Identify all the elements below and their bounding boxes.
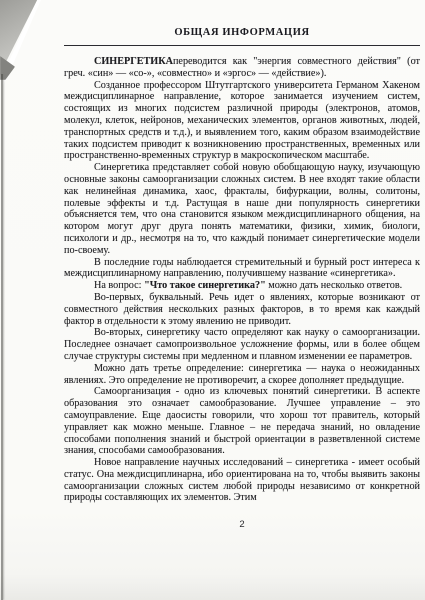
text-segment: Во-вторых, синергетику часто определяют … — [64, 327, 420, 362]
paragraph: Во-вторых, синергетику часто определяют … — [64, 327, 420, 362]
text-segment: Самоорганизация - одно из ключевых понят… — [64, 386, 420, 456]
paragraph: Синергетика представляет собой новую обо… — [64, 162, 420, 256]
paragraph: Самоорганизация - одно из ключевых понят… — [64, 386, 420, 457]
paragraph: СИНЕРГЕТИКАпереводится как "энергия совм… — [64, 56, 420, 80]
text-block: ОБЩАЯ ИНФОРМАЦИЯ СИНЕРГЕТИКАпереводится … — [64, 27, 420, 530]
text-segment: Во-первых, буквальный. Речь идет о явлен… — [64, 292, 420, 327]
page-corner-fold-shadow — [0, 0, 62, 88]
title-divider — [64, 45, 420, 46]
paragraph: На вопрос: "Что такое синергетика?" можн… — [64, 280, 420, 292]
bold-text-segment: "Что такое синергетика?" — [144, 280, 266, 291]
text-segment: На вопрос: — [94, 280, 144, 291]
bold-text-segment: СИНЕРГЕТИКА — [94, 56, 173, 67]
scanned-document-page: ОБЩАЯ ИНФОРМАЦИЯ СИНЕРГЕТИКАпереводится … — [0, 0, 425, 600]
paragraph: Можно дать третье определение: синергети… — [64, 363, 420, 387]
text-segment: Можно дать третье определение: синергети… — [64, 363, 420, 386]
text-segment: можно дать несколько ответов. — [266, 280, 402, 291]
paragraph: Созданное профессором Штутгартского унив… — [64, 80, 420, 163]
text-segment: Созданное профессором Штутгартского унив… — [64, 80, 420, 162]
scan-paper-edge-line — [1, 74, 3, 600]
paragraph: Во-первых, буквальный. Речь идет о явлен… — [64, 292, 420, 327]
paragraph: В последние годы наблюдается стремительн… — [64, 257, 420, 281]
text-segment: Новое направление научных исследований –… — [64, 457, 420, 503]
paragraph: Новое направление научных исследований –… — [64, 457, 420, 504]
scan-bottom-shadow — [0, 574, 425, 600]
page-number: 2 — [64, 519, 420, 530]
document-body: СИНЕРГЕТИКАпереводится как "энергия совм… — [64, 56, 420, 504]
text-segment: В последние годы наблюдается стремительн… — [64, 257, 420, 280]
text-segment: Синергетика представляет собой новую обо… — [64, 162, 420, 256]
page-title: ОБЩАЯ ИНФОРМАЦИЯ — [64, 27, 420, 38]
